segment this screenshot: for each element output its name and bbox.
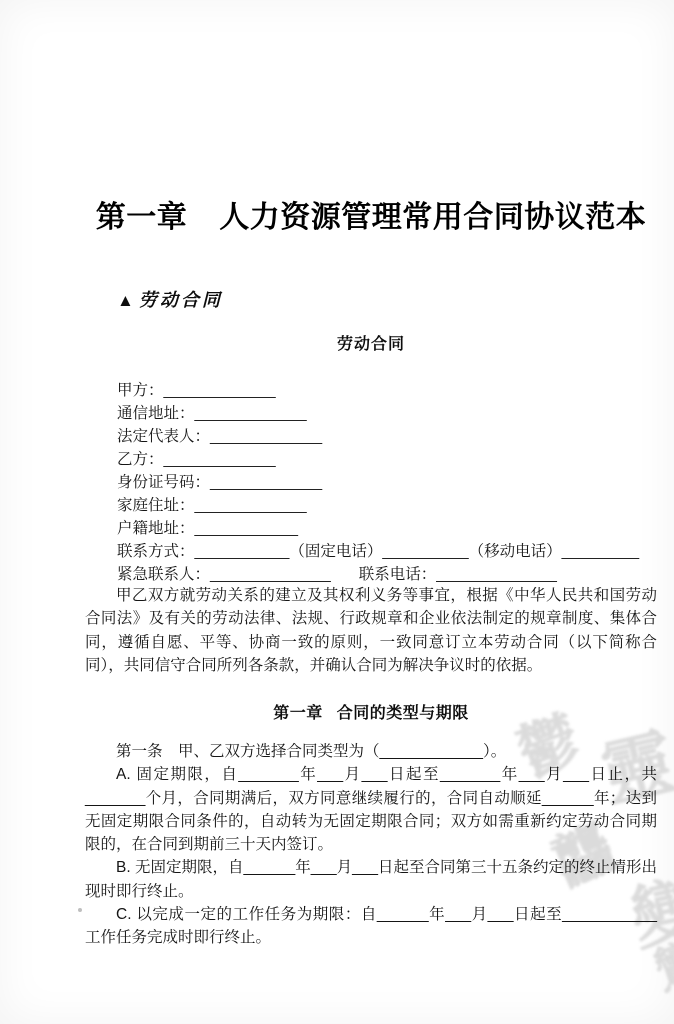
field-blank-line: _____________: [210, 474, 322, 491]
form-field-row: 户籍地址：____________: [117, 517, 657, 540]
field-label: 通信地址：: [117, 405, 195, 422]
field-blank-line: __________: [382, 543, 468, 560]
clause-paragraph: A. 固定期限，自_______年___月___日起至_______年___月_…: [85, 763, 657, 856]
field-label: （移动电话）: [469, 543, 562, 560]
field-label: 乙方：: [117, 451, 164, 468]
clause-paragraph: 第一条 甲、乙双方选择合同类型为（____________）。: [85, 740, 657, 763]
field-label: 户籍地址：: [117, 520, 195, 537]
field-label: 联系电话：: [359, 566, 437, 583]
clause-paragraph: C. 以完成一定的工作任务为期限：自______年___月___日起至_____…: [85, 903, 657, 950]
field-label: 身份证号码：: [117, 474, 210, 491]
chapter1-heading-number: 第一章: [273, 705, 323, 722]
intro-paragraph: 甲乙双方就劳动关系的建立及其权利义务等事宜，根据《中华人民共和国劳动合同法》及有…: [85, 584, 657, 677]
field-blank-line: _____________: [164, 451, 276, 468]
field-label: 甲方：: [117, 382, 164, 399]
form-field-row: 法定代表人：_____________: [117, 425, 657, 448]
scanned-document-page: 鬱靈龘變鸞 第一章人力资源管理常用合同协议范本 ▲劳动合同 劳动合同 甲方：__…: [0, 0, 674, 1024]
party-fields: 甲方：_____________通信地址：_____________法定代表人：…: [117, 379, 657, 586]
field-blank-line: _________: [562, 543, 640, 560]
field-blank-line: ______________: [436, 566, 557, 583]
section-marker-label: 劳动合同: [139, 290, 223, 310]
field-blank-line: _____________: [195, 497, 307, 514]
field-blank-line: ___________: [195, 543, 290, 560]
document-title: 劳动合同: [85, 331, 657, 354]
chapter-title-number: 第一章: [96, 201, 188, 234]
clauses: 第一条 甲、乙双方选择合同类型为（____________）。A. 固定期限，自…: [85, 740, 657, 950]
field-blank-line: _____________: [195, 405, 307, 422]
form-field-row: 联系方式：___________（固定电话）__________（移动电话）__…: [117, 540, 657, 563]
form-field-row: 家庭住址：_____________: [117, 494, 657, 517]
scan-speck: [78, 908, 82, 912]
chapter1-heading: 第一章合同的类型与期限: [85, 700, 657, 723]
field-blank-line: _____________: [164, 382, 276, 399]
field-blank-line: _____________: [210, 428, 322, 445]
field-label: （固定电话）: [289, 543, 382, 560]
field-blank-line: ______________: [210, 566, 331, 583]
form-field-row: 身份证号码：_____________: [117, 471, 657, 494]
form-field-row: 紧急联系人：______________联系电话：______________: [117, 563, 657, 586]
triangle-bullet-icon: ▲: [117, 291, 134, 310]
form-field-row: 甲方：_____________: [117, 379, 657, 402]
field-label: 家庭住址：: [117, 497, 195, 514]
clause-paragraph: B. 无固定期限，自______年___月___日起至合同第三十五条约定的终止情…: [85, 856, 657, 903]
field-label: 法定代表人：: [117, 428, 210, 445]
chapter1-heading-text: 合同的类型与期限: [337, 705, 469, 722]
field-label: 紧急联系人：: [117, 566, 210, 583]
chapter-title: 第一章人力资源管理常用合同协议范本: [85, 192, 657, 236]
form-field-row: 乙方：_____________: [117, 448, 657, 471]
form-field-row: 通信地址：_____________: [117, 402, 657, 425]
field-blank-line: ____________: [195, 520, 298, 537]
field-label: 联系方式：: [117, 543, 195, 560]
section-marker: ▲劳动合同: [117, 286, 223, 312]
chapter-title-text: 人力资源管理常用合同协议范本: [219, 201, 646, 234]
